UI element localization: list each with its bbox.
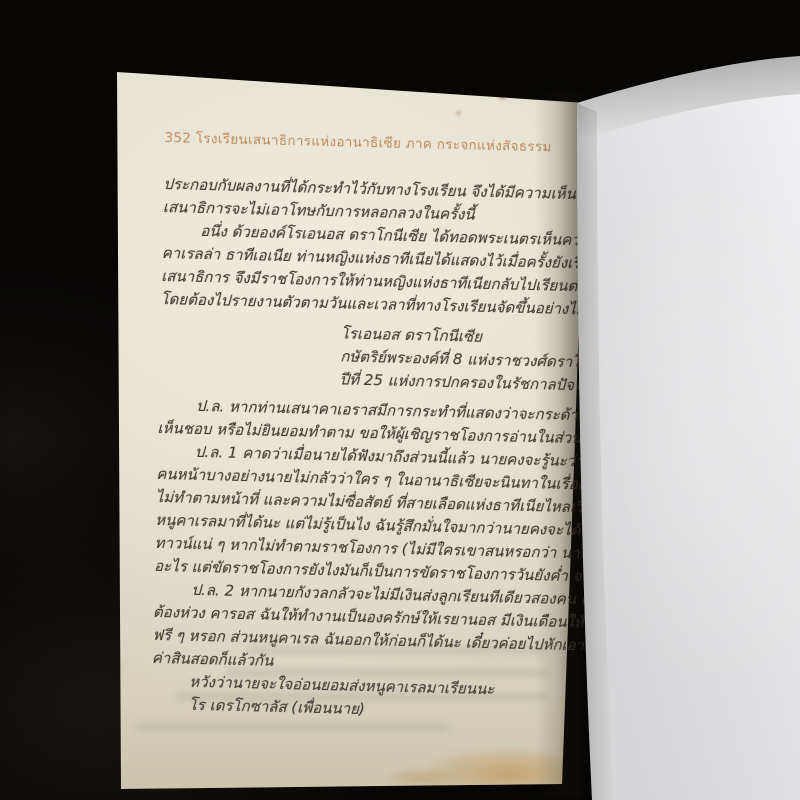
book-right-page xyxy=(0,0,800,800)
photo-background: 352 โรงเรียนเสนาธิการแห่งอานาธิเซีย ภาค … xyxy=(0,0,800,800)
